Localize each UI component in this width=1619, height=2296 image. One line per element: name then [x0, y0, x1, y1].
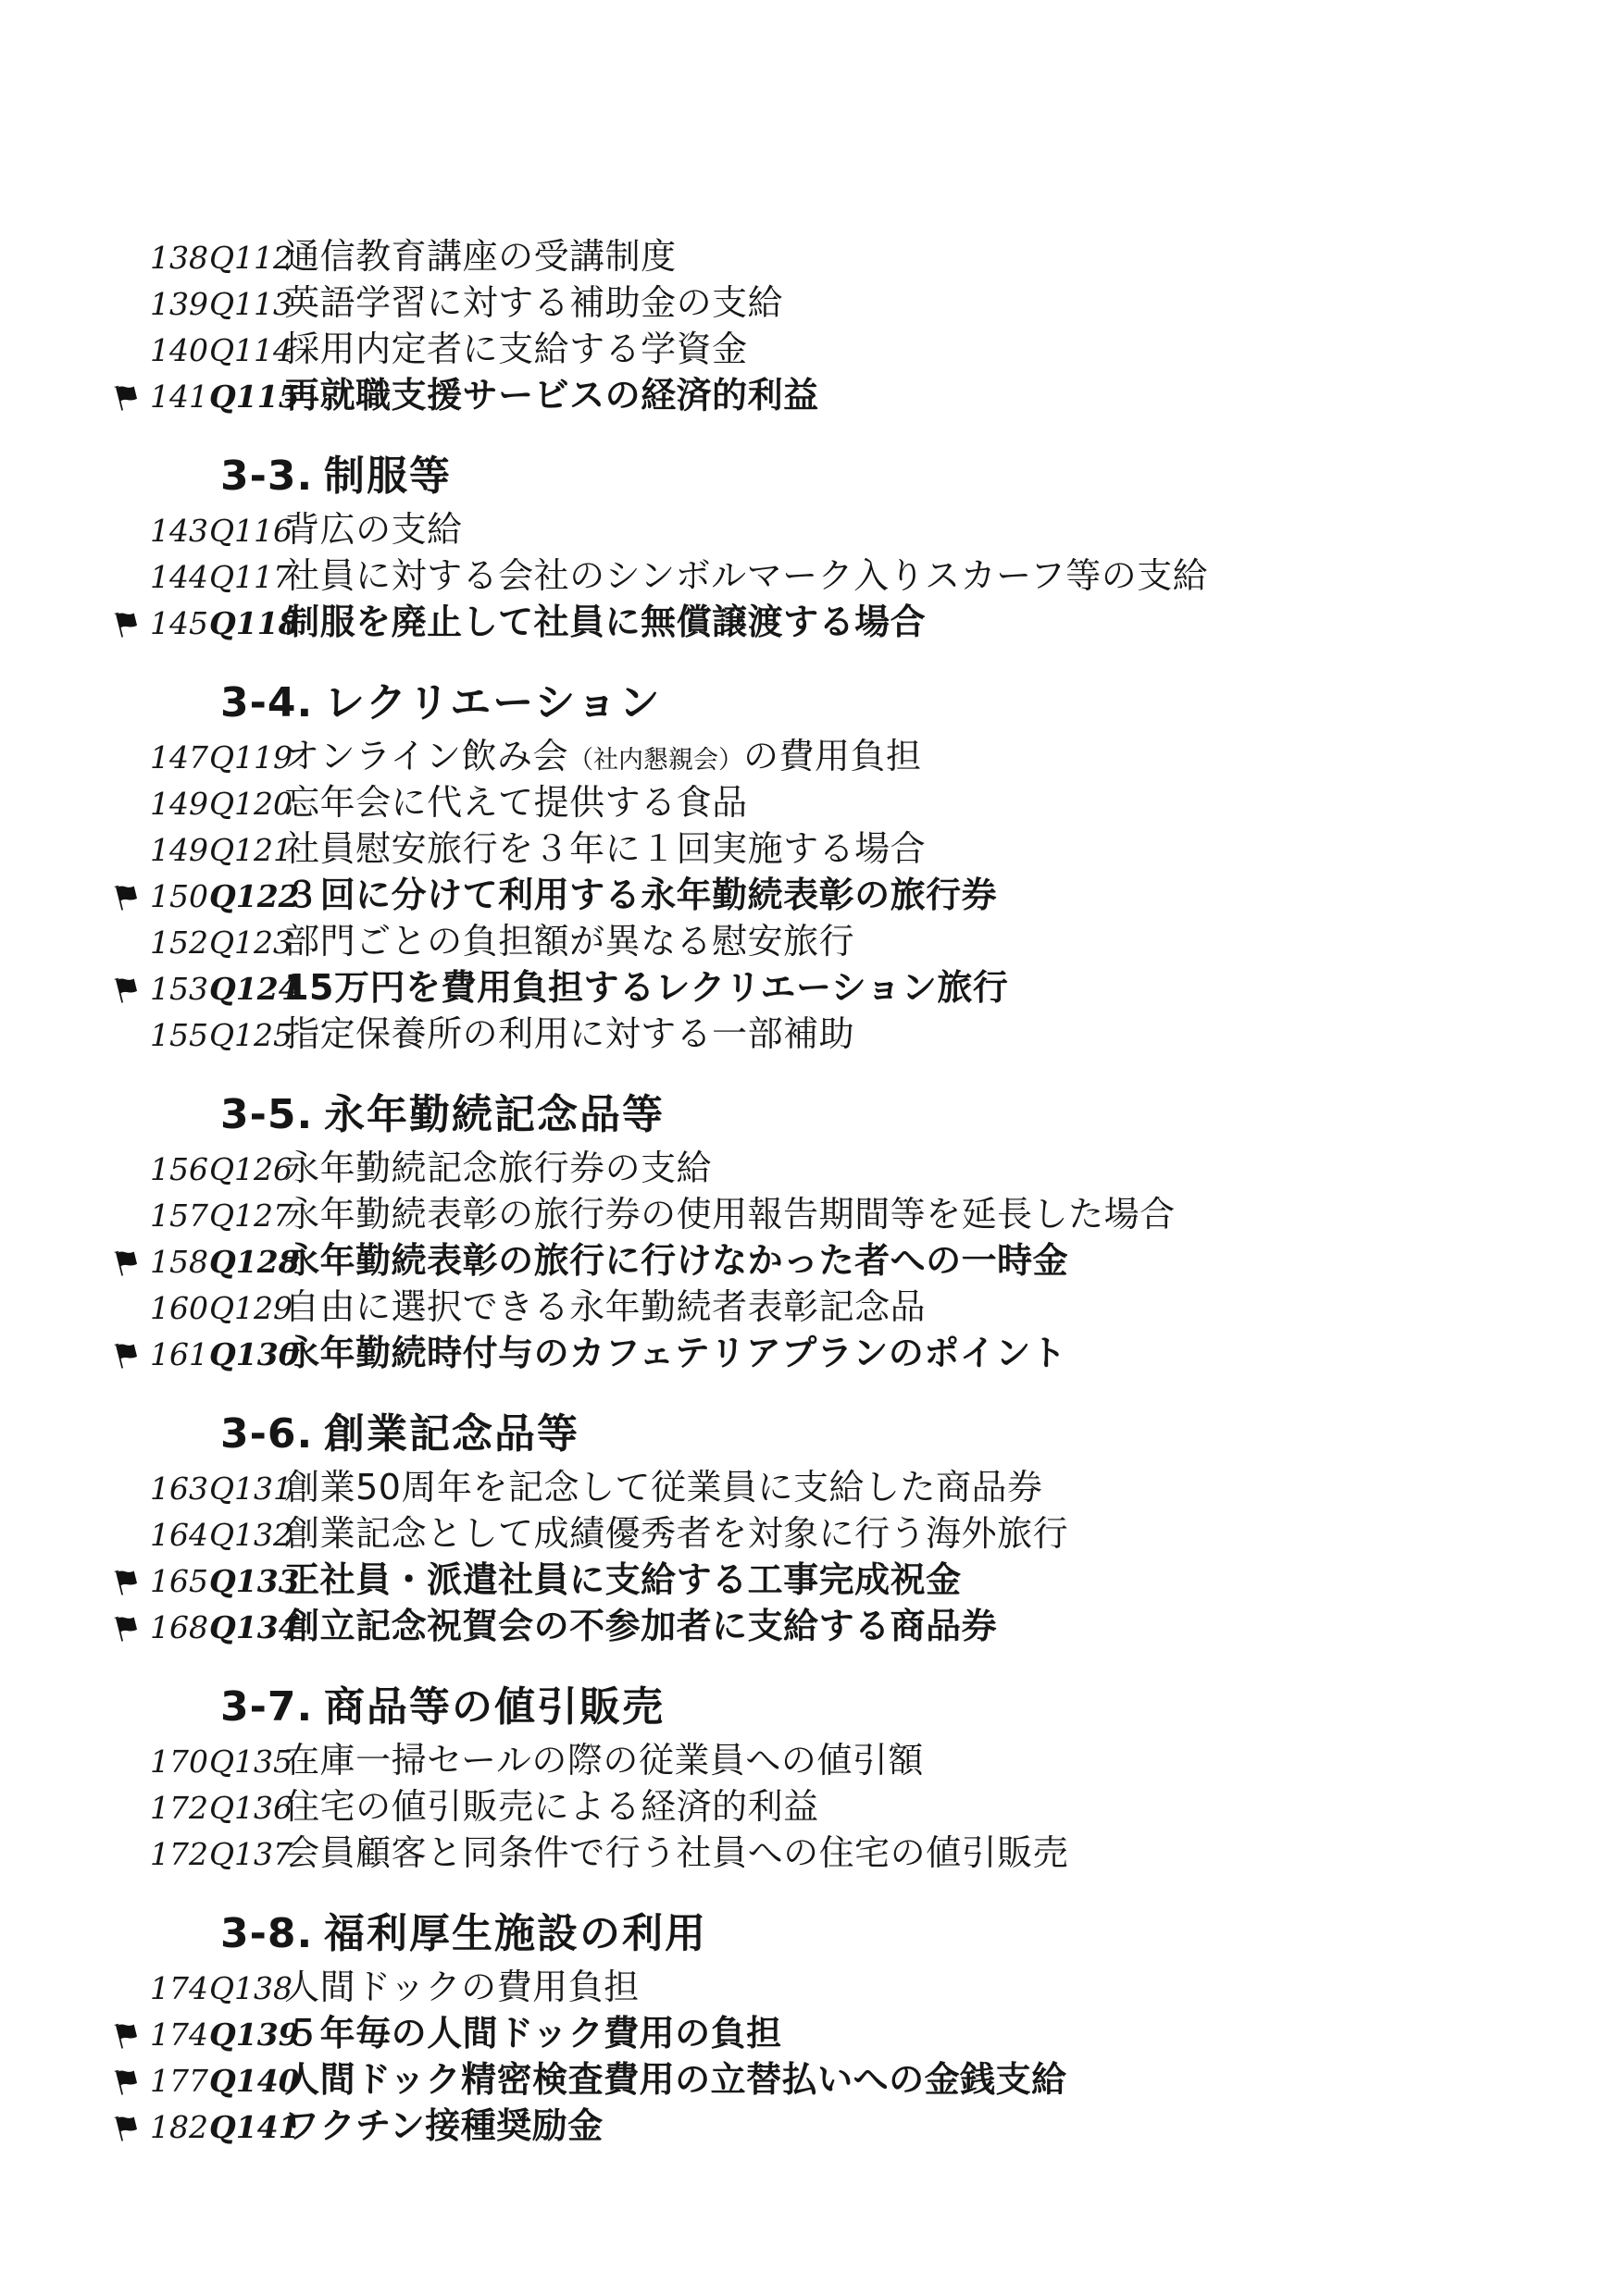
toc-entry-q120: 149Q120 忘年会に代えて提供する食品 [0, 779, 1619, 825]
entry-page-number: 140 [150, 328, 196, 374]
flag-cell [104, 1018, 150, 1064]
entry-question-number: Q112 [209, 235, 280, 281]
toc-entry-q137: 172Q137 会員顧客と同条件で行う社員への住宅の値引販売 [0, 1830, 1619, 1876]
entry-title: オンライン飲み会（社内懇親会）の費用負担 [284, 736, 921, 776]
entry-page-number: 145 [150, 601, 196, 647]
entry-question-number: Q127 [209, 1193, 280, 1239]
toc-entry-q126: 156Q126 永年勤続記念旅行券の支給 [0, 1145, 1619, 1191]
toc-entry-q140: ⚑177Q140 人間ドック精密検査費用の立替払いへの金銭支給 [0, 2056, 1619, 2103]
entry-question-number: Q138 [209, 1966, 280, 2012]
entry-question-number: Q120 [209, 781, 280, 827]
toc-entry-q133: ⚑165Q133 正社員・派遣社員に支給する工事完成祝金 [0, 1557, 1619, 1603]
toc-entry-q122: ⚑150Q122 ３回に分けて利用する永年勤続表彰の旅行券 [0, 872, 1619, 918]
toc-entry-q125: 155Q125 指定保養所の利用に対する一部補助 [0, 1011, 1619, 1057]
flag-cell: ⚑ [104, 1609, 150, 1657]
entry-question-number: Q129 [209, 1285, 280, 1332]
entry-title: 再就職支援サービスの経済的利益 [284, 375, 819, 416]
section-number: 3-8. [220, 1905, 324, 1964]
flag-icon: ⚑ [108, 2061, 146, 2102]
entry-page-number: 149 [150, 781, 196, 827]
entry-page-number: 165 [150, 1558, 196, 1605]
entry-title: 正社員・派遣社員に支給する工事完成祝金 [284, 1559, 962, 1600]
entry-title: 制服を廃止して社員に無償譲渡する場合 [284, 602, 926, 642]
toc-entry-q139: ⚑174Q139 ５年毎の人間ドック費用の負担 [0, 2010, 1619, 2056]
entry-page-number: 177 [150, 2058, 196, 2104]
entry-page-number: 138 [150, 235, 196, 281]
entry-title: 永年勤続表彰の旅行券の使用報告期間等を延長した場合 [284, 1194, 1176, 1235]
section-title: 創業記念品等 [324, 1410, 579, 1458]
flag-icon: ⚑ [108, 2107, 146, 2148]
section-title: 制服等 [324, 453, 452, 500]
toc-entry-q117: 144Q117 社員に対する会社のシンボルマーク入りスカーフ等の支給 [0, 552, 1619, 599]
section-title: 永年勤続記念品等 [324, 1091, 665, 1138]
entry-page-number: 182 [150, 2104, 196, 2151]
entry-page-number: 160 [150, 1285, 196, 1332]
entry-question-number: Q133 [209, 1558, 280, 1605]
entry-title: ３回に分けて利用する永年勤続表彰の旅行券 [284, 875, 997, 915]
entry-title: 人間ドック精密検査費用の立替払いへの金銭支給 [284, 2059, 1066, 2100]
toc-entry-q138: 174Q138 人間ドックの費用負担 [0, 1964, 1619, 2010]
entry-page-number: 143 [150, 508, 196, 554]
flag-icon: ⚑ [108, 1607, 146, 1648]
entry-question-number: Q140 [209, 2058, 280, 2104]
section-number: 3-7. [220, 1678, 324, 1737]
entry-title: 採用内定者に支給する学資金 [284, 329, 748, 369]
flag-cell: ⚑ [104, 379, 150, 426]
flag-icon: ⚑ [108, 876, 146, 917]
flag-cell: ⚑ [104, 2109, 150, 2156]
entry-question-number: Q123 [209, 920, 280, 966]
entry-page-number: 168 [150, 1605, 196, 1651]
entry-question-number: Q115 [209, 374, 280, 420]
entry-title: 社員慰安旅行を３年に１回実施する場合 [284, 828, 926, 869]
entry-title: 永年勤続時付与のカフェテリアプランのポイント [284, 1333, 1066, 1373]
toc-entry-q119: 147Q119 オンライン飲み会（社内懇親会）の費用負担 [0, 733, 1619, 779]
entry-title: 永年勤続記念旅行券の支給 [284, 1148, 712, 1188]
entry-question-number: Q125 [209, 1012, 280, 1059]
entry-title: ５年毎の人間ドック費用の負担 [284, 2013, 781, 2054]
entry-question-number: Q117 [209, 554, 280, 601]
toc-entry-q118: ⚑145Q118 制服を廃止して社員に無償譲渡する場合 [0, 599, 1619, 645]
section-heading: 3-7.商品等の値引販売 [0, 1649, 1619, 1737]
book-toc-page: 138Q112 通信教育講座の受講制度 139Q113 英語学習に対する補助金の… [0, 0, 1619, 2296]
toc-entry-q127: 157Q127 永年勤続表彰の旅行券の使用報告期間等を延長した場合 [0, 1191, 1619, 1237]
section-title: 商品等の値引販売 [324, 1683, 665, 1731]
flag-icon: ⚑ [108, 1242, 146, 1283]
entry-page-number: 156 [150, 1147, 196, 1193]
section-number: 3-5. [220, 1086, 324, 1145]
entry-page-number: 158 [150, 1239, 196, 1285]
toc-entry-q134: ⚑168Q134 創立記念祝賀会の不参加者に支給する商品券 [0, 1603, 1619, 1649]
entry-page-number: 157 [150, 1193, 196, 1239]
entry-page-number: 172 [150, 1831, 196, 1878]
flag-cell: ⚑ [104, 1336, 150, 1384]
entry-title: 社員に対する会社のシンボルマーク入りスカーフ等の支給 [284, 555, 1208, 596]
toc-entry-q113: 139Q113 英語学習に対する補助金の支給 [0, 279, 1619, 326]
entry-question-number: Q131 [209, 1466, 280, 1512]
toc-entry-q115: ⚑141Q115 再就職支援サービスの経済的利益 [0, 372, 1619, 418]
entry-question-number: Q113 [209, 281, 280, 328]
entry-title: 英語学習に対する補助金の支給 [284, 282, 783, 323]
entry-title: 自由に選択できる永年勤続者表彰記念品 [284, 1286, 926, 1327]
entry-title: 住宅の値引販売による経済的利益 [284, 1786, 819, 1827]
section-title: 福利厚生施設の利用 [324, 1910, 707, 1957]
entry-title: 部門ごとの負担額が異なる慰安旅行 [284, 921, 854, 962]
entry-question-number: Q141 [209, 2104, 280, 2151]
entry-page-number: 141 [150, 374, 196, 420]
entry-question-number: Q130 [209, 1332, 280, 1378]
entry-question-number: Q126 [209, 1147, 280, 1193]
entry-page-number: 164 [150, 1512, 196, 1558]
toc-entry-q131: 163Q131 創業50周年を記念して従業員に支給した商品券 [0, 1464, 1619, 1510]
section-number: 3-3. [220, 447, 324, 506]
entry-question-number: Q135 [209, 1739, 280, 1785]
toc-entry-q114: 140Q114 採用内定者に支給する学資金 [0, 326, 1619, 372]
entry-question-number: Q139 [209, 2012, 280, 2058]
flag-icon: ⚑ [108, 377, 146, 417]
entry-title: 忘年会に代えて提供する食品 [284, 782, 748, 823]
toc-entry-q124: ⚑153Q124 15万円を費用負担するレクリエーション旅行 [0, 964, 1619, 1011]
entry-question-number: Q124 [209, 966, 280, 1012]
entry-title: 通信教育講座の受講制度 [284, 236, 677, 277]
entry-page-number: 170 [150, 1739, 196, 1785]
entry-title-text: の費用負担 [743, 736, 922, 776]
entry-title: ワクチン接種奨励金 [284, 2105, 604, 2146]
flag-cell [104, 1837, 150, 1883]
entry-page-number: 139 [150, 281, 196, 328]
toc-entry-q141: ⚑182Q141 ワクチン接種奨励金 [0, 2103, 1619, 2149]
flag-icon: ⚑ [108, 1334, 146, 1375]
entry-page-number: 152 [150, 920, 196, 966]
toc-entry-q132: 164Q132 創業記念として成績優秀者を対象に行う海外旅行 [0, 1510, 1619, 1557]
entry-title: 創立記念祝賀会の不参加者に支給する商品券 [284, 1606, 997, 1646]
flag-cell: ⚑ [104, 605, 150, 652]
section-heading: 3-4.レクリエーション [0, 645, 1619, 733]
entry-title: 人間ドックの費用負担 [284, 1967, 639, 2007]
entry-page-number: 153 [150, 966, 196, 1012]
toc-entry-q130: ⚑161Q130 永年勤続時付与のカフェテリアプランのポイント [0, 1330, 1619, 1376]
entry-question-number: Q137 [209, 1831, 280, 1878]
section-number: 3-6. [220, 1405, 324, 1464]
entry-page-number: 144 [150, 554, 196, 601]
entry-question-number: Q132 [209, 1512, 280, 1558]
section-title: レクリエーション [324, 679, 661, 726]
toc-entry-q135: 170Q135 在庫一掃セールの際の従業員への値引額 [0, 1737, 1619, 1783]
entry-title: 15万円を費用負担するレクリエーション旅行 [284, 967, 1008, 1008]
toc-entry-q121: 149Q121 社員慰安旅行を３年に１回実施する場合 [0, 825, 1619, 872]
entry-page-number: 163 [150, 1466, 196, 1512]
entry-title: 創業50周年を記念して従業員に支給した商品券 [284, 1467, 1042, 1508]
toc-list: 138Q112 通信教育講座の受講制度 139Q113 英語学習に対する補助金の… [0, 233, 1619, 2149]
entry-title: 会員顧客と同条件で行う社員への住宅の値引販売 [284, 1832, 1068, 1873]
entry-page-number: 149 [150, 827, 196, 874]
entry-page-number: 172 [150, 1785, 196, 1831]
entry-question-number: Q118 [209, 601, 280, 647]
entry-question-number: Q122 [209, 874, 280, 920]
entry-page-number: 155 [150, 1012, 196, 1059]
section-heading: 3-5.永年勤続記念品等 [0, 1057, 1619, 1145]
flag-icon: ⚑ [108, 969, 146, 1010]
toc-entry-q136: 172Q136 住宅の値引販売による経済的利益 [0, 1783, 1619, 1830]
section-heading: 3-8.福利厚生施設の利用 [0, 1876, 1619, 1964]
flag-icon: ⚑ [108, 1561, 146, 1602]
entry-page-number: 161 [150, 1332, 196, 1378]
entry-title: 在庫一掃セールの際の従業員への値引額 [284, 1740, 924, 1781]
flag-icon: ⚑ [108, 2015, 146, 2055]
entry-question-number: Q121 [209, 827, 280, 874]
entry-page-number: 174 [150, 2012, 196, 2058]
toc-entry-q123: 152Q123 部門ごとの負担額が異なる慰安旅行 [0, 918, 1619, 964]
toc-entry-q112: 138Q112 通信教育講座の受講制度 [0, 233, 1619, 279]
toc-entry-q128: ⚑158Q128 永年勤続表彰の旅行に行けなかった者への一時金 [0, 1237, 1619, 1284]
entry-page-number: 174 [150, 1966, 196, 2012]
entry-title-note: （社内懇親会） [568, 746, 743, 775]
section-heading: 3-6.創業記念品等 [0, 1376, 1619, 1464]
entry-question-number: Q116 [209, 508, 280, 554]
entry-title: 創業記念として成績優秀者を対象に行う海外旅行 [284, 1513, 1068, 1554]
flag-icon: ⚑ [108, 603, 146, 644]
entry-question-number: Q134 [209, 1605, 280, 1651]
section-heading: 3-3.制服等 [0, 418, 1619, 506]
entry-title: 背広の支給 [284, 509, 463, 550]
entry-title-text: オンライン飲み会 [284, 736, 568, 776]
section-number: 3-4. [220, 674, 324, 733]
entry-question-number: Q114 [209, 328, 280, 374]
entry-title: 指定保養所の利用に対する一部補助 [284, 1013, 854, 1054]
entry-page-number: 147 [150, 735, 196, 781]
entry-page-number: 150 [150, 874, 196, 920]
entry-question-number: Q119 [209, 735, 280, 781]
toc-entry-q116: 143Q116 背広の支給 [0, 506, 1619, 552]
entry-question-number: Q128 [209, 1239, 280, 1285]
entry-question-number: Q136 [209, 1785, 280, 1831]
toc-entry-q129: 160Q129 自由に選択できる永年勤続者表彰記念品 [0, 1284, 1619, 1330]
entry-title: 永年勤続表彰の旅行に行けなかった者への一時金 [284, 1240, 1068, 1281]
